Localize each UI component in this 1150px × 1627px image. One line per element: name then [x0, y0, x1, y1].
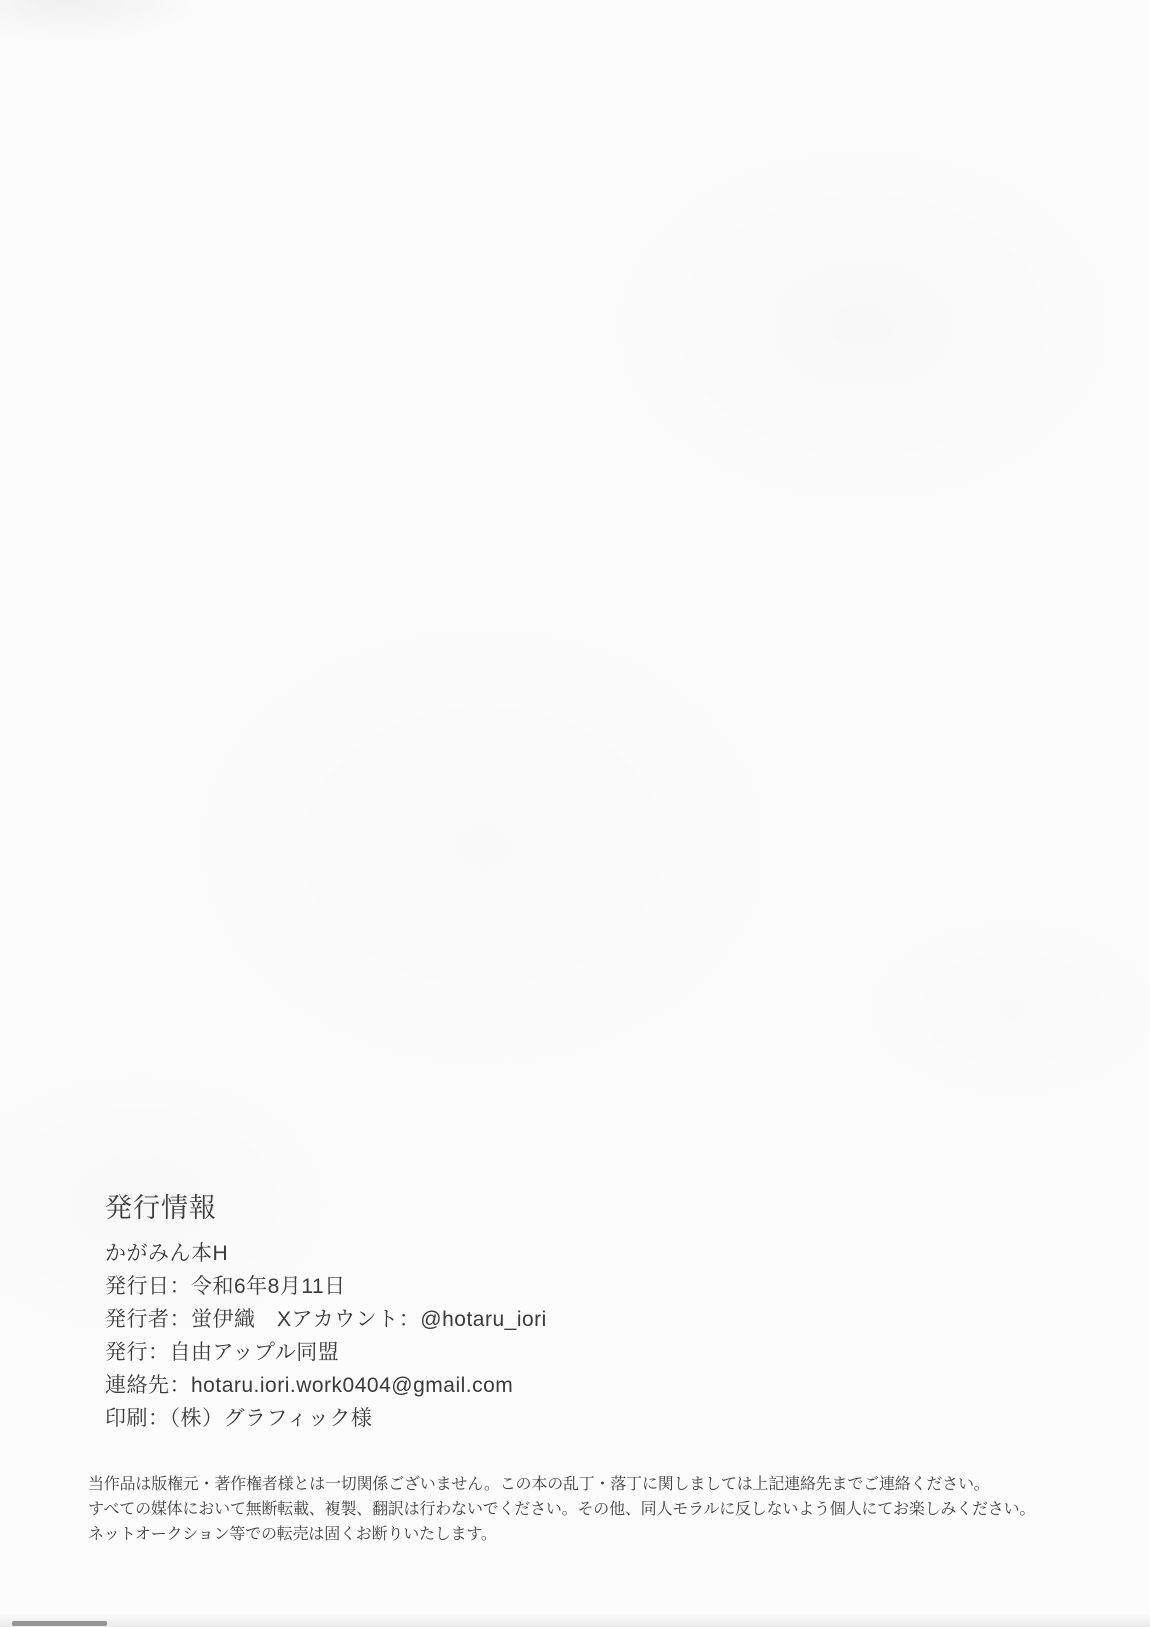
printer: 印刷：（株）グラフィック様: [105, 1402, 547, 1435]
disclaimer-line-2: すべての媒体において無断転載、複製、翻訳は行わないでください。その他、同人モラル…: [88, 1497, 1035, 1522]
scan-corner-smudge: [12, 1621, 107, 1626]
book-title: かがみん本H: [105, 1237, 547, 1270]
disclaimer-line-1: 当作品は版権元・著作権者様とは一切関係ございません。この本の乱丁・落丁に関しまし…: [88, 1472, 1035, 1497]
circle-name: 発行：自由アップル同盟: [105, 1336, 547, 1369]
contact-email: 連絡先：hotaru.iori.work0404@gmail.com: [105, 1369, 547, 1402]
publisher-author: 発行者：蛍伊織 Xアカウント：@hotaru_iori: [105, 1303, 547, 1336]
colophon-block: かがみん本H 発行日：令和6年8月11日 発行者：蛍伊織 Xアカウント：@hot…: [105, 1237, 547, 1435]
disclaimer-block: 当作品は版権元・著作権者様とは一切関係ございません。この本の乱丁・落丁に関しまし…: [88, 1472, 1035, 1547]
scan-bottom-edge: [0, 1613, 1150, 1627]
scanned-colophon-page: 発行情報 かがみん本H 発行日：令和6年8月11日 発行者：蛍伊織 Xアカウント…: [0, 0, 1150, 1627]
disclaimer-line-3: ネットオークション等での転売は固くお断りいたします。: [88, 1522, 1035, 1547]
colophon-heading: 発行情報: [105, 1190, 217, 1226]
publication-date: 発行日：令和6年8月11日: [105, 1270, 547, 1303]
